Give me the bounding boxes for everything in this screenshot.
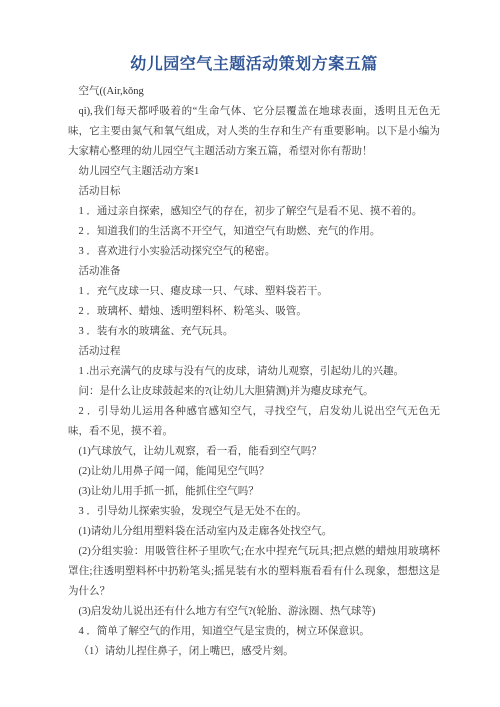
paragraph: 3 ．喜欢进行小实验活动探究空气的秘密。 <box>68 242 440 262</box>
paragraph: 3 ．装有水的玻璃盆、充气玩具。 <box>68 322 440 342</box>
paragraph: (2)分组实验：用吸管往杯子里吹气;在水中捏充气玩具;把点燃的蜡烛用玻璃杯罩住;… <box>68 542 440 602</box>
paragraph: 2 ．玻璃杯、蜡烛、透明塑料杯、粉笔头、吸管。 <box>68 302 440 322</box>
paragraph: 1 ．充气皮球一只、瘪皮球一只、气球、塑料袋若干。 <box>68 282 440 302</box>
paragraph: (2)让幼儿用鼻子闻一闻，能闻见空气吗？ <box>68 462 440 482</box>
paragraph: 3 ．引导幼儿探索实验，发现空气是无处不在的。 <box>68 502 440 522</box>
paragraph: (1)请幼儿分组用塑料袋在活动室内及走廊各处找空气。 <box>68 522 440 542</box>
paragraph: 幼儿园空气主题活动方案1 <box>68 162 440 182</box>
document-page: 幼儿园空气主题活动策划方案五篇 空气((Air,kǒng qi),我们每天都呼吸… <box>0 0 500 707</box>
doc-title: 幼儿园空气主题活动策划方案五篇 <box>68 54 440 75</box>
paragraph: 活动过程 <box>68 342 440 362</box>
paragraph: 空气((Air,kǒng <box>68 82 440 102</box>
paragraph: 1 .出示充满气的皮球与没有气的皮球，请幼儿观察，引起幼儿的兴趣。 <box>68 362 440 382</box>
paragraph: qi),我们每天都呼吸着的“生命气体、它分层覆盖在地球表面，透明且无色无味，它主… <box>68 102 440 162</box>
paragraph: (1)气球放气，让幼儿观察，看一看，能看到空气吗？ <box>68 442 440 462</box>
paragraph: 活动目标 <box>68 182 440 202</box>
paragraph: 4 ．简单了解空气的作用，知道空气是宝贵的，树立环保意识。 <box>68 622 440 642</box>
paragraph: 2 ．引导幼儿运用各种感官感知空气，寻找空气，启发幼儿说出空气无色无味，看不见，… <box>68 402 440 442</box>
paragraph: 2 ．知道我们的生活离不开空气，知道空气有助燃、充气的作用。 <box>68 222 440 242</box>
paragraph: (3)启发幼儿说出还有什么地方有空气?(轮胎、游泳圈、热气球等) <box>68 602 440 622</box>
paragraph: 1 ．通过亲自探索，感知空气的存在，初步了解空气是看不见、摸不着的。 <box>68 202 440 222</box>
paragraph: (3)让幼儿用手抓一抓，能抓住空气吗？ <box>68 482 440 502</box>
paragraph: 问：是什么让皮球鼓起来的?(让幼儿大胆猜测)并为瘪皮球充气。 <box>68 382 440 402</box>
paragraph: （1）请幼儿捏住鼻子，闭上嘴巴，感受片刻。 <box>68 642 440 662</box>
paragraph: 活动准备 <box>68 262 440 282</box>
